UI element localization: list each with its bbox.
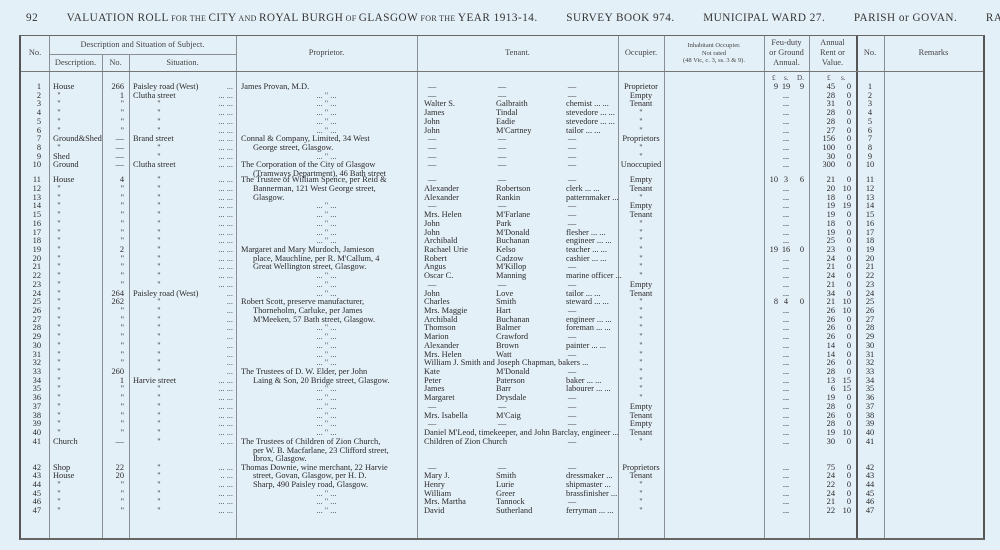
title-part: ROYAL BURGH — [259, 12, 343, 24]
rent-pounds-unit: £ — [827, 74, 831, 82]
proprietor-line: James Provan, M.D. — [241, 83, 413, 92]
roll-title: VALUATION ROLL FOR THE CITY AND ROYAL BU… — [67, 12, 538, 24]
proprietor-ditto: ... " ... — [236, 507, 417, 516]
situation-dots: ... — [181, 307, 233, 316]
description: House — [53, 176, 74, 185]
situation-dots: ... — [181, 342, 233, 351]
situation: " — [129, 438, 189, 447]
valuation-table: No. Description and Situation of Subject… — [19, 35, 985, 540]
situation-dots: ... — [181, 351, 233, 360]
situation: Clutha street — [133, 92, 176, 101]
parish: PARISH or GOVAN. — [854, 12, 957, 24]
feu-pence: 9 — [791, 83, 804, 92]
title-part: CITY — [208, 12, 236, 24]
row-number: 10 — [21, 161, 41, 170]
situation-dots: ... — [181, 298, 233, 307]
feu-shillings: ... — [778, 438, 794, 447]
rent-pounds: 30 — [809, 438, 835, 447]
rent-shillings: 0 — [835, 438, 851, 447]
header-tenant: Tenant. — [417, 48, 618, 58]
situation-dots: ... — [181, 316, 233, 325]
tenant-first-name: — — [421, 161, 443, 170]
row-number-right: 47 — [856, 507, 884, 516]
feu-pence-unit: D. — [797, 74, 804, 82]
row-number-right: 41 — [856, 438, 884, 447]
subject-number: — — [102, 161, 124, 170]
situation-dots: ... — [181, 290, 233, 299]
row-number-right: 10 — [856, 161, 884, 170]
proprietor-line: Laing & Son, 20 Bridge street, Glasgow. — [253, 377, 413, 386]
tenant-occupation: ferryman ... ... — [566, 507, 613, 516]
header-rent-line2: Rent or — [809, 48, 856, 58]
title-part: FOR THE — [169, 14, 209, 23]
situation-dots: ... ... — [181, 161, 233, 170]
header-inhabitant-line1: Inhabitant Occupier. — [664, 42, 764, 50]
header-subject-no: No. — [102, 58, 129, 68]
feu-pence: 0 — [791, 246, 804, 255]
situation-dots: ... — [181, 333, 233, 342]
proprietor-line: Great Wellington street, Glasgow. — [253, 263, 413, 272]
situation-dots: ... ... — [181, 507, 233, 516]
title-part: AND — [237, 14, 259, 23]
header-proprietor: Proprietor. — [236, 48, 417, 58]
header-rent-line1: Annual — [809, 38, 856, 48]
situation: Brand street — [133, 135, 174, 144]
feu-pounds: 10 — [764, 176, 778, 185]
header-occupier: Occupier. — [618, 48, 664, 58]
feu-pounds-unit: £ — [772, 74, 776, 82]
header-inhabitant-line2: Not rated — [664, 50, 764, 58]
page-number: 92 — [26, 12, 38, 24]
page-header: 92 VALUATION ROLL FOR THE CITY AND ROYAL… — [26, 12, 986, 24]
situation: Harvie street — [133, 377, 176, 386]
feu-shillings: ... — [778, 161, 794, 170]
proprietor-line: Glasgow. — [253, 194, 413, 203]
row-number: 41 — [21, 438, 41, 447]
occupier-status: " — [618, 507, 664, 516]
tenant-last-name: Sutherland — [496, 507, 532, 516]
title-part: GLASGOW — [359, 12, 418, 24]
feu-pounds: 8 — [764, 298, 778, 307]
description: Ground — [53, 161, 79, 170]
header-inhabitant-line3: (48 Vic, c. 3, ss. 3 & 9). — [664, 57, 764, 65]
survey-book: SURVEY BOOK 974. — [566, 12, 674, 24]
feu-pence: 6 — [791, 176, 804, 185]
situation: " — [129, 507, 189, 516]
header-rule — [21, 71, 983, 72]
description: " — [49, 507, 69, 516]
description: Church — [53, 438, 78, 447]
rating-area: RATING AREA—GOVAN. — [986, 12, 1000, 24]
header-no-right: No. — [856, 48, 884, 58]
header-feu-line1: Feu-duty — [764, 38, 809, 48]
tenant-first-name: Children of Zion Church — [424, 438, 507, 447]
title-part: VALUATION ROLL — [67, 12, 169, 24]
header-remarks: Remarks — [884, 48, 983, 58]
feu-pounds: 19 — [764, 246, 778, 255]
municipal-ward: MUNICIPAL WARD 27. — [703, 12, 825, 24]
situation: Clutha street — [133, 161, 176, 170]
header-annual-rent: Annual Rent or Value. — [809, 38, 856, 68]
header-subject-group: Description and Situation of Subject. — [49, 40, 236, 50]
header-situation: Situation. — [129, 58, 236, 68]
header-description: Description. — [49, 58, 102, 68]
title-part: OF — [343, 14, 358, 23]
feu-pounds: 9 — [764, 83, 778, 92]
tenant-occupation: — — [561, 438, 583, 447]
header-feu-duty: Feu-duty or Ground Annual. — [764, 38, 809, 68]
rent-shillings-unit: s. — [841, 74, 846, 82]
subject-number: " — [102, 507, 124, 516]
header-rule — [49, 54, 236, 55]
situation-dots: .. ... — [181, 438, 233, 447]
feu-shillings-unit: s. — [784, 74, 789, 82]
tenant-occupation: — — [561, 161, 583, 170]
row-number: 47 — [21, 507, 41, 516]
subject-number: — — [102, 438, 124, 447]
tenant-last-name: — — [491, 161, 513, 170]
header-rent-line3: Value. — [809, 58, 856, 68]
header-feu-line3: Annual. — [764, 58, 809, 68]
occupier-status: Unoccupied — [618, 161, 664, 170]
table-row: 10Ground—Clutha street... ...———Unoccupi… — [21, 161, 983, 170]
title-part: FOR THE — [418, 14, 458, 23]
feu-pence: 0 — [791, 298, 804, 307]
description: House — [53, 83, 74, 92]
proprietor-line: Sharp, 490 Paisley road, Glasgow. — [253, 481, 413, 490]
header-no: No. — [21, 48, 49, 58]
situation-dots: ... — [181, 359, 233, 368]
rent-pounds: 300 — [809, 161, 835, 170]
description: House — [53, 472, 74, 481]
proprietor-line: George street, Glasgow. — [253, 144, 413, 153]
rent-shillings: 10 — [835, 507, 851, 516]
title-part: YEAR 1913-14. — [458, 12, 538, 24]
situation-dots: ... — [181, 324, 233, 333]
table-row: 47"""... ...... " ...DavidSutherlandferr… — [21, 507, 983, 516]
occupier-status: " — [618, 438, 664, 447]
header-feu-line2: or Ground — [764, 48, 809, 58]
feu-shillings: ... — [778, 507, 794, 516]
table-row: 41Church—".. ...Children of Zion Church—… — [21, 438, 983, 447]
header-inhabitant-occupier: Inhabitant Occupier. Not rated (48 Vic, … — [664, 42, 764, 65]
tenant-first-name: David — [424, 507, 444, 516]
proprietor-line: M'Meeken, 57 Bath street, Glasgow. — [253, 316, 413, 325]
rent-shillings: 0 — [835, 161, 851, 170]
rent-pounds: 22 — [809, 507, 835, 516]
